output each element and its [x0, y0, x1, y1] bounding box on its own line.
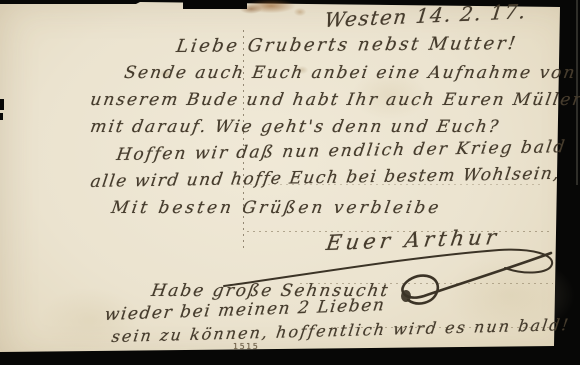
photo-edge-left-notch — [0, 113, 3, 120]
message-line: mit darauf. Wie geht's denn und Euch? — [89, 117, 502, 137]
message-line: unserem Bude und habt Ihr auch Euren Mül… — [89, 90, 580, 110]
photo-edge-left-notch — [0, 99, 4, 110]
plate-number: 1515 — [233, 342, 259, 351]
photo-edge-top — [183, 0, 247, 9]
salutation-line: Liebe Gruberts nebst Mutter! — [175, 33, 519, 57]
closing-line: Mit besten Grüßen verbleibe — [110, 198, 443, 218]
message-line: Sende auch Euch anbei eine Aufnahme von — [123, 63, 578, 83]
postcard-photo: Westen 14. 2. 17. Liebe Gruberts nebst M… — [0, 0, 580, 365]
